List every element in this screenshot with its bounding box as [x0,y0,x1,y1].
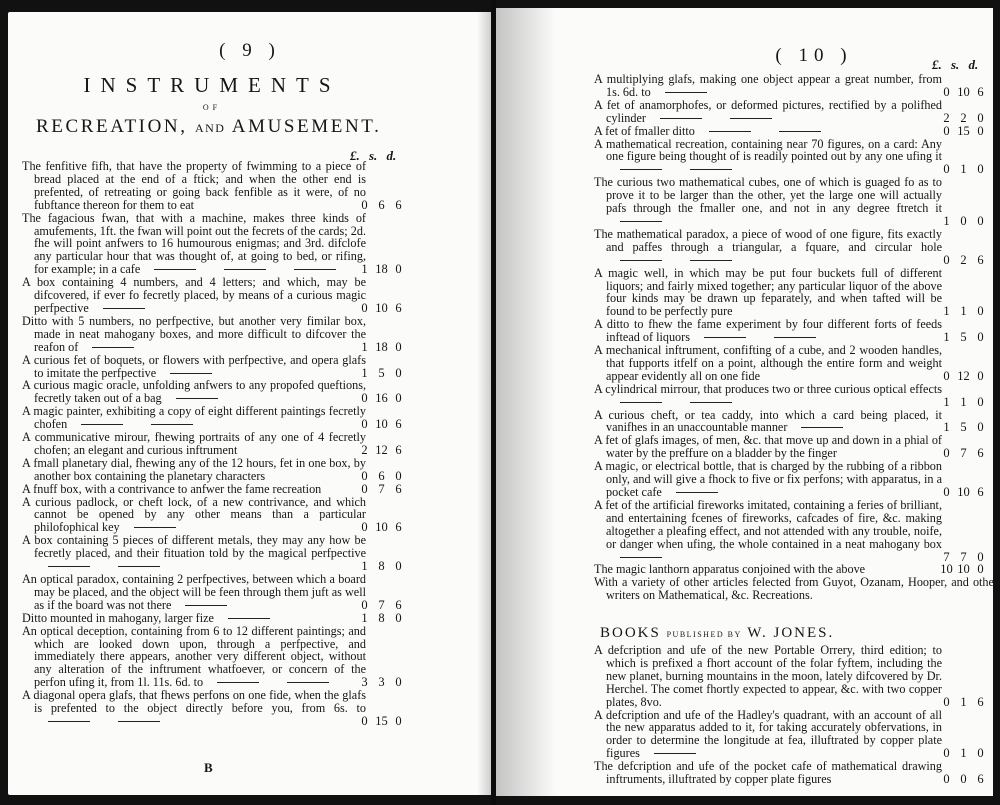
price-shillings: 2 [955,112,972,125]
price-pence: 0 [390,263,407,276]
leader-rule [48,721,90,722]
price-shillings: 1 [955,396,972,409]
price-pence: 0 [972,747,989,760]
price-shillings: 10 [373,418,390,431]
price-pence: 6 [972,696,989,709]
leader-rule [690,402,732,403]
leader-rule [704,337,746,338]
leader-rule [774,337,816,338]
price-shillings: 10 [955,86,972,99]
item-price: 150 [938,331,989,344]
item-price: 110 [938,305,989,318]
item-description: A curious magic oracle, unfolding anfwer… [22,379,366,405]
price-shillings: 7 [373,483,390,496]
price-pence: 0 [972,163,989,176]
item-price: 180 [356,612,407,625]
price-shillings: 2 [955,254,972,267]
price-shillings: 1 [955,163,972,176]
leader-rule [154,269,196,270]
price-pounds: 2 [356,444,373,457]
list-item: Ditto with 5 numbers, no perfpective, bu… [22,315,462,354]
price-shillings: 1 [955,305,972,318]
leader-rule [185,605,227,606]
list-item: A box containing 5 pieces of different m… [22,534,462,573]
list-item: A defcription and ufe of the new Portabl… [594,644,986,709]
list-item: A diagonal opera glafs, that fhews perfo… [22,689,462,728]
leader-rule [665,92,707,93]
leader-rule [620,169,662,170]
item-price: 2126 [356,444,407,457]
leader-rule [620,260,662,261]
price-pounds: 0 [356,470,373,483]
section-title: INSTRUMENTS [8,73,416,98]
price-pounds: 0 [356,199,373,212]
list-item: Ditto mounted in mahogany, larger fize18… [22,612,462,625]
price-pence: 6 [972,486,989,499]
price-shillings: 8 [373,560,390,573]
item-description: A box containing 4 numbers, and 4 letter… [22,276,366,315]
price-pence: 6 [972,86,989,99]
leader-rule [224,269,266,270]
leader-rule [654,753,696,754]
item-description: A fet of the artificial fireworks imitat… [594,499,942,564]
list-item: A box containing 4 numbers, and 4 letter… [22,276,462,315]
list-item: The fagacious fwan, that with a machine,… [22,212,462,277]
list-item: A curious magic oracle, unfolding anfwer… [22,379,462,405]
item-price: 100 [938,215,989,228]
item-description: The mathematical paradox, a piece of woo… [594,228,942,267]
item-price: 220 [938,112,989,125]
leader-rule [118,721,160,722]
price-shillings: 12 [373,444,390,457]
item-description: A magic well, in which may be put four b… [594,267,942,319]
item-description: A mathematical recreation, containing ne… [594,138,942,177]
price-pounds: 0 [356,599,373,612]
price-pounds: 0 [938,370,955,383]
left-page: ( 9 ) INSTRUMENTS OF RECREATION, AND AMU… [8,12,491,795]
signature-mark: B [204,760,213,776]
price-pounds: 0 [938,486,955,499]
list-item: A curious fet of boquets, or flowers wit… [22,354,462,380]
price-shillings: 0 [955,773,972,786]
price-pence: 0 [390,715,407,728]
leader-rule [676,492,718,493]
item-price: 016 [938,696,989,709]
item-description: A fet of fmaller ditto [594,125,942,138]
leader-rule [92,347,134,348]
price-pence: 6 [972,773,989,786]
item-description: Ditto with 5 numbers, no perfpective, bu… [22,315,366,354]
price-pence: 6 [972,447,989,460]
item-price: 150 [938,421,989,434]
item-price: 066 [356,199,407,212]
list-item: The defcription and ufe of the pocket ca… [594,760,986,786]
item-price: 076 [938,447,989,460]
price-shillings: 5 [955,421,972,434]
item-price: 010 [938,163,989,176]
item-price: 076 [356,599,407,612]
price-pounds: 1 [356,341,373,354]
price-pence: 0 [390,392,407,405]
list-item: A magic well, in which may be put four b… [594,267,986,319]
list-item: A fmall planetary dial, fhewing any of t… [22,457,462,483]
item-price: 0106 [938,86,989,99]
right-page: ( 10 ) £. s. d. A multiplying glafs, mak… [496,8,993,796]
item-description: A fnuff box, with a contrivance to anfwe… [22,483,366,496]
price-shillings: 15 [955,125,972,138]
price-pence: 0 [972,331,989,344]
leader-rule [730,118,772,119]
item-description: A curious padlock, or cheft lock, of a n… [22,496,366,535]
item-description: The fenfitive fifh, that have the proper… [22,160,366,212]
item-description: The curious two mathematical cubes, one … [594,176,942,228]
books-list: A defcription and ufe of the new Portabl… [594,644,986,786]
item-price: 0120 [938,370,989,383]
price-shillings: 5 [955,331,972,344]
leader-rule [294,269,336,270]
list-item: A communicative mirour, fhewing portrait… [22,431,462,457]
price-pounds: 0 [938,254,955,267]
price-pence: 0 [390,470,407,483]
leader-rule [779,131,821,132]
price-shillings: 18 [373,263,390,276]
price-shillings: 12 [955,370,972,383]
list-item: An optical deception, containing from 6 … [22,625,462,690]
leader-rule [709,131,751,132]
price-pence: 6 [390,199,407,212]
price-pounds: 1 [938,396,955,409]
price-pence: 6 [390,483,407,496]
list-item: A curious padlock, or cheft lock, of a n… [22,496,462,535]
item-price: 076 [356,483,407,496]
price-shillings: 8 [373,612,390,625]
page-number: ( 9 ) [190,40,310,62]
price-shillings: 6 [373,470,390,483]
price-list: The fenfitive fifh, that have the proper… [22,160,462,728]
price-pence: 0 [972,112,989,125]
currency-header: £. s. d. [932,57,978,73]
price-shillings: 10 [373,302,390,315]
leader-rule [660,118,702,119]
item-description: A mechanical inftrument, confifting of a… [594,344,942,383]
price-pence: 0 [972,215,989,228]
price-shillings: 1 [955,696,972,709]
list-item: A magic, or electrical bottle, that is c… [594,460,986,499]
list-item: A fet of the artificial fireworks imitat… [594,499,986,564]
leader-rule [48,566,90,567]
item-description: The defcription and ufe of the pocket ca… [594,760,942,786]
list-item: A magic painter, exhibiting a copy of ei… [22,405,462,431]
list-item: A fet of fmaller ditto0150 [594,125,986,138]
list-item: A fet of anamorphofes, or deformed pictu… [594,99,986,125]
page-shadow [477,12,491,795]
item-description: A curious fet of boquets, or flowers wit… [22,354,366,380]
price-list: A multiplying glafs, making one object a… [594,73,986,602]
price-shillings: 6 [373,199,390,212]
price-shillings: 10 [955,486,972,499]
item-description: A multiplying glafs, making one object a… [594,73,942,99]
price-pence: 0 [972,125,989,138]
catalog-note: With a variety of other articles felecte… [594,576,986,602]
item-description: Ditto mounted in mahogany, larger fize [22,612,366,625]
item-price: 010 [938,747,989,760]
list-item: A fnuff box, with a contrivance to anfwe… [22,483,462,496]
leader-rule [690,169,732,170]
item-price: 0106 [356,302,407,315]
leader-rule [217,682,259,683]
item-price: 110 [938,396,989,409]
section-title-of: OF [8,103,416,112]
price-shillings: 0 [955,215,972,228]
price-pounds: 2 [938,112,955,125]
leader-rule [151,424,193,425]
price-shillings: 18 [373,341,390,354]
price-pounds: 0 [356,715,373,728]
leader-rule [228,618,270,619]
price-pounds: 1 [938,215,955,228]
item-description: A ditto to fhew the fame experiment by f… [594,318,942,344]
leader-rule [81,424,123,425]
price-pence: 0 [390,676,407,689]
item-description: A communicative mirour, fhewing portrait… [22,431,366,457]
subtitle-and: AND [195,121,226,135]
section-subtitle: RECREATION, AND AMUSEMENT. [36,116,381,138]
item-description: A box containing 5 pieces of different m… [22,534,366,573]
price-shillings: 1 [955,747,972,760]
list-item: A defcription and ufe of the Hadley's qu… [594,709,986,761]
price-shillings: 3 [373,676,390,689]
leader-rule [176,398,218,399]
item-price: 1180 [356,341,407,354]
price-shillings: 16 [373,392,390,405]
price-pence: 6 [390,521,407,534]
leader-rule [620,402,662,403]
price-pence: 6 [390,302,407,315]
item-price: 006 [938,773,989,786]
price-pence: 0 [972,305,989,318]
item-description: A diagonal opera glafs, that fhews perfo… [22,689,366,728]
price-pence: 0 [390,367,407,380]
list-item: The mathematical paradox, a piece of woo… [594,228,986,267]
item-price: 026 [938,254,989,267]
price-pounds: 1 [356,612,373,625]
item-description: A fet of anamorphofes, or deformed pictu… [594,99,942,125]
price-pence: 0 [390,341,407,354]
price-pounds: 0 [938,86,955,99]
price-pounds: 0 [356,483,373,496]
item-description: A cylindrical mirrour, that produces two… [594,383,942,409]
leader-rule [690,260,732,261]
price-pounds: 0 [938,696,955,709]
page-number: ( 10 ) [754,45,874,67]
books-heading: BOOKS PUBLISHED BY W. JONES. [600,625,834,642]
item-description: The fagacious fwan, that with a machine,… [22,212,366,277]
price-shillings: 10 [373,521,390,534]
item-description: A curious cheft, or tea caddy, into whic… [594,409,942,435]
price-pence: 0 [390,560,407,573]
books-heading-b: W. JONES. [747,625,834,641]
leader-rule [118,566,160,567]
list-item: A mathematical recreation, containing ne… [594,138,986,177]
price-pence: 0 [972,396,989,409]
price-pounds: 0 [938,773,955,786]
books-heading-small: PUBLISHED BY [667,630,742,639]
item-description: A fmall planetary dial, fhewing any of t… [22,457,366,483]
price-pence: 0 [972,421,989,434]
books-heading-a: BOOKS [600,625,661,641]
price-pounds: 0 [356,302,373,315]
leader-rule [620,221,662,222]
note-text: With a variety of other articles felecte… [594,576,993,602]
price-pence: 6 [972,254,989,267]
item-description: A magic, or electrical bottle, that is c… [594,460,942,499]
item-price: 0106 [938,486,989,499]
list-item: A ditto to fhew the fame experiment by f… [594,318,986,344]
price-pence: 6 [390,599,407,612]
leader-rule [170,373,212,374]
leader-rule [134,527,176,528]
list-item: The fenfitive fifh, that have the proper… [22,160,462,212]
leader-rule [620,557,662,558]
price-shillings: 5 [373,367,390,380]
price-pounds: 0 [938,125,955,138]
list-item: An optical paradox, containing 2 perfpec… [22,573,462,612]
page-shadow [496,8,556,796]
item-description: A defcription and ufe of the new Portabl… [594,644,942,709]
item-description: A magic painter, exhibiting a copy of ei… [22,405,366,431]
price-pence: 0 [390,612,407,625]
leader-rule [801,427,843,428]
price-pence: 0 [972,370,989,383]
price-shillings: 7 [373,599,390,612]
price-pence: 6 [390,418,407,431]
item-price: 060 [356,470,407,483]
item-description: A defcription and ufe of the Hadley's qu… [594,709,942,761]
price-shillings: 7 [955,447,972,460]
list-item: A multiplying glafs, making one object a… [594,73,986,99]
price-pence: 6 [390,444,407,457]
subtitle-part-a: RECREATION, [36,116,188,137]
leader-rule [103,308,145,309]
list-item: A cylindrical mirrour, that produces two… [594,383,986,409]
item-price: 0150 [356,715,407,728]
leader-rule [287,682,329,683]
item-description: A fet of glafs images, of men, &c. that … [594,434,942,460]
item-description: An optical deception, containing from 6 … [22,625,366,690]
list-item: The curious two mathematical cubes, one … [594,176,986,228]
list-item: A mechanical inftrument, confifting of a… [594,344,986,383]
price-shillings: 15 [373,715,390,728]
item-description: An optical paradox, containing 2 perfpec… [22,573,366,612]
list-item: A fet of glafs images, of men, &c. that … [594,434,986,460]
subtitle-part-b: AMUSEMENT. [232,116,382,137]
list-item: A curious cheft, or tea caddy, into whic… [594,409,986,435]
item-price: 0150 [938,125,989,138]
